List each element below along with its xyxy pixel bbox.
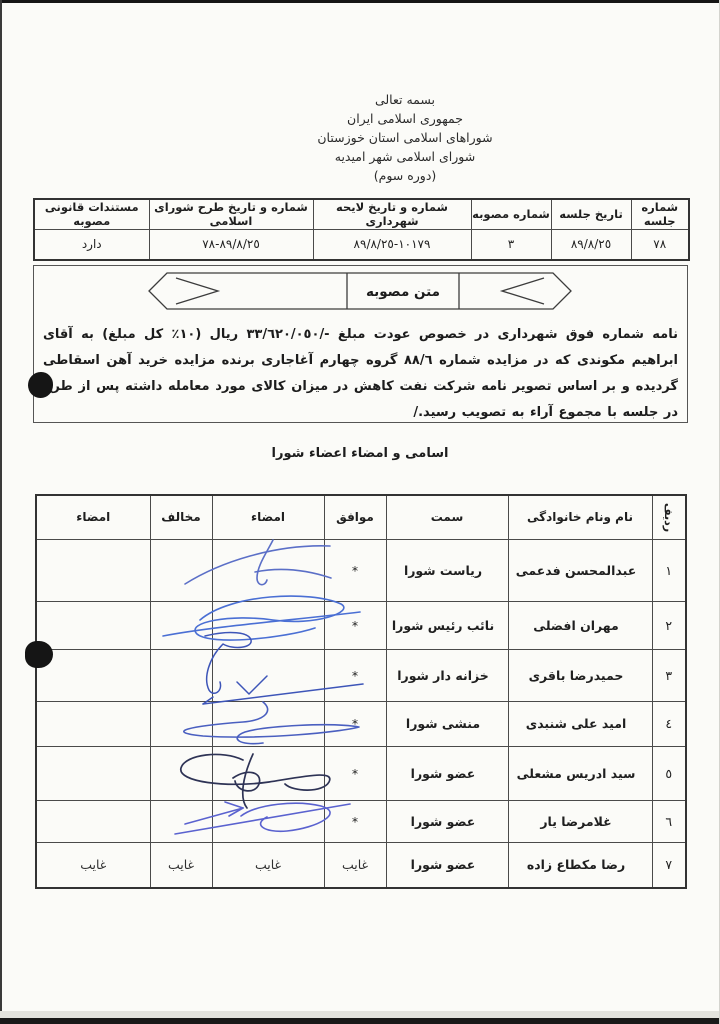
letterhead: بسمه تعالی جمهوری اسلامی ایران شوراهای ا…: [45, 90, 720, 185]
signature-agree-cell: [212, 649, 324, 701]
ribbon-chevron-left-icon: [502, 278, 544, 304]
signature-agree-cell: [212, 746, 324, 800]
header-position: سمت: [386, 495, 508, 539]
signature-agree-absent: غایب: [212, 842, 324, 888]
hole-punch-mark-1: [28, 372, 53, 398]
member-row-number: ٤: [652, 701, 686, 746]
member-row-number: ٧: [652, 842, 686, 888]
member-position: عضو شورا: [386, 842, 508, 888]
ribbon-outline: [149, 273, 571, 309]
session-info-table: شماره جلسه تاریخ جلسه شماره مصوبه شماره …: [33, 198, 690, 261]
member-name: سید ادریس مشعلی: [508, 746, 652, 800]
value-resolution-number: ٣: [471, 229, 551, 260]
header-legal-documents: مستندات قانونی مصوبه: [34, 199, 149, 229]
members-section-title: اسامی و امضاء اعضاء شورا: [0, 446, 720, 461]
header-signature-agree: امضاء: [212, 495, 324, 539]
ribbon-chevron-right-icon: [176, 278, 218, 304]
agree-mark: *: [324, 649, 386, 701]
member-row-3: ٣ حمیدرضا باقری خزانه دار شورا *: [36, 649, 686, 701]
scan-edge-left: [0, 0, 2, 1024]
header-plan-number-date: شماره و تاریخ طرح شورای اسلامی: [149, 199, 313, 229]
opposed-cell: [150, 800, 212, 842]
header-row-number: ردیف: [652, 495, 686, 539]
signature-agree-cell: [212, 601, 324, 649]
value-plan-number-date: ⁦٨٩/٨/٢٥-٧٨⁩: [149, 229, 313, 260]
header-session-number: شماره جلسه: [631, 199, 689, 229]
session-info-header-row: شماره جلسه تاریخ جلسه شماره مصوبه شماره …: [34, 199, 689, 229]
header-opposed: مخالف: [150, 495, 212, 539]
signature-opposed-cell: [36, 601, 150, 649]
scan-edge-bottom-shade: [0, 1011, 720, 1018]
member-row-number: ٦: [652, 800, 686, 842]
member-row-5: ٥ سید ادریس مشعلی عضو شورا *: [36, 746, 686, 800]
opposed-cell: [150, 601, 212, 649]
member-row-6: ٦ غلامرضا یار عضو شورا *: [36, 800, 686, 842]
opposed-cell: [150, 649, 212, 701]
letterhead-line-republic: جمهوری اسلامی ایران: [45, 109, 720, 128]
signature-opposed-cell: [36, 539, 150, 601]
signature-opposed-cell: [36, 649, 150, 701]
header-full-name: نام ونام خانوادگی: [508, 495, 652, 539]
resolution-text: نامه شماره فوق شهرداری در خصوص عودت مبلغ…: [43, 322, 678, 426]
letterhead-line-basmala: بسمه تعالی: [45, 90, 720, 109]
member-name: غلامرضا یار: [508, 800, 652, 842]
signature-agree-cell: [212, 800, 324, 842]
member-row-4: ٤ امید علی شنبدی منشی شورا *: [36, 701, 686, 746]
session-info-value-row: ٧٨ ٨٩/٨/٢٥ ٣ ⁦١٠١٧٩-٨٩/٨/٢٥⁩ ⁦٨٩/٨/٢٥-٧٨…: [34, 229, 689, 260]
header-resolution-number: شماره مصوبه: [471, 199, 551, 229]
member-position: عضو شورا: [386, 800, 508, 842]
scanned-council-resolution-page: بسمه تعالی جمهوری اسلامی ایران شوراهای ا…: [0, 0, 720, 1024]
letterhead-line-province-councils: شوراهای اسلامی استان خوزستان: [45, 128, 720, 147]
member-row-7: ٧ رضا مکطاع زاده عضو شورا غایب غایب غایب…: [36, 842, 686, 888]
agree-mark: *: [324, 601, 386, 649]
member-position: نائب رئیس شورا: [386, 601, 508, 649]
member-name: حمیدرضا باقری: [508, 649, 652, 701]
member-name: رضا مکطاع زاده: [508, 842, 652, 888]
member-row-number: ٣: [652, 649, 686, 701]
resolution-banner-title: متن مصوبه: [366, 284, 440, 300]
member-name: عبدالمحسن فدعمی: [508, 539, 652, 601]
header-session-date: تاریخ جلسه: [551, 199, 631, 229]
resolution-banner-ribbon: متن مصوبه: [34, 269, 689, 313]
member-position: ریاست شورا: [386, 539, 508, 601]
value-legal-documents: دارد: [34, 229, 149, 260]
opposed-absent: غایب: [150, 842, 212, 888]
member-position: خزانه دار شورا: [386, 649, 508, 701]
opposed-cell: [150, 701, 212, 746]
signature-opposed-absent: غایب: [36, 842, 150, 888]
scan-edge-top: [0, 0, 720, 3]
header-row-number-label: ردیف: [662, 503, 675, 532]
opposed-cell: [150, 746, 212, 800]
member-row-number: ٥: [652, 746, 686, 800]
agree-mark: *: [324, 701, 386, 746]
member-row-2: ٢ مهران افضلی نائب رئیس شورا *: [36, 601, 686, 649]
header-signature-opposed: امضاء: [36, 495, 150, 539]
letterhead-line-city-council: شورای اسلامی شهر امیدیه: [45, 147, 720, 166]
header-bill-number-date: شماره و تاریخ لایحه شهرداری: [313, 199, 471, 229]
member-row-1: ١ عبدالمحسن فدعمی ریاست شورا *: [36, 539, 686, 601]
members-table: ردیف نام ونام خانوادگی سمت موافق امضاء م…: [35, 494, 687, 889]
signature-opposed-cell: [36, 701, 150, 746]
member-name: مهران افضلی: [508, 601, 652, 649]
letterhead-line-term: (دوره سوم): [45, 166, 720, 185]
value-session-date: ٨٩/٨/٢٥: [551, 229, 631, 260]
agree-mark: *: [324, 539, 386, 601]
member-position: عضو شورا: [386, 746, 508, 800]
value-session-number: ٧٨: [631, 229, 689, 260]
signature-agree-cell: [212, 539, 324, 601]
opposed-cell: [150, 539, 212, 601]
value-bill-number-date: ⁦١٠١٧٩-٨٩/٨/٢٥⁩: [313, 229, 471, 260]
signature-opposed-cell: [36, 746, 150, 800]
member-position: منشی شورا: [386, 701, 508, 746]
scan-edge-bottom: [0, 1018, 720, 1024]
member-row-number: ٢: [652, 601, 686, 649]
signature-opposed-cell: [36, 800, 150, 842]
hole-punch-mark-2: [25, 641, 53, 668]
agree-mark: *: [324, 746, 386, 800]
member-row-number: ١: [652, 539, 686, 601]
member-name: امید علی شنبدی: [508, 701, 652, 746]
agree-absent: غایب: [324, 842, 386, 888]
members-header-row: ردیف نام ونام خانوادگی سمت موافق امضاء م…: [36, 495, 686, 539]
header-agree: موافق: [324, 495, 386, 539]
resolution-box: متن مصوبه نامه شماره فوق شهرداری در خصوص…: [33, 265, 688, 423]
signature-agree-cell: [212, 701, 324, 746]
agree-mark: *: [324, 800, 386, 842]
